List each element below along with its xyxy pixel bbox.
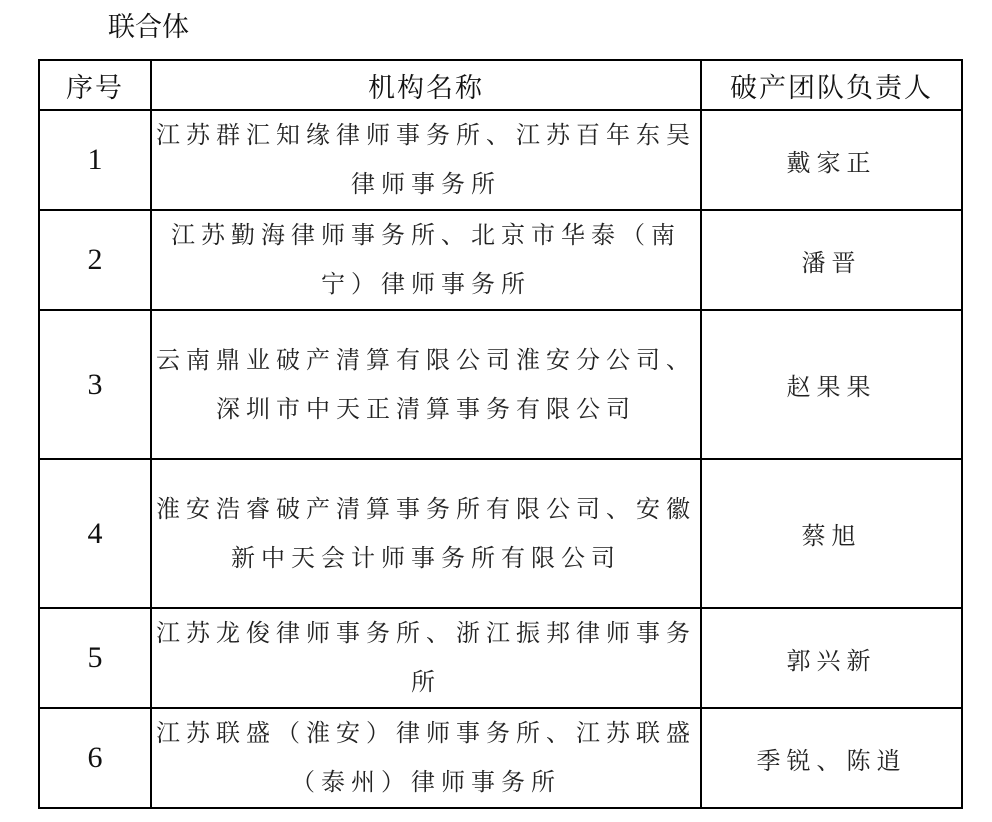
row-index: 5 <box>39 608 151 708</box>
row-team-leader: 蔡旭 <box>701 459 962 608</box>
row-organization: 江苏勤海律师事务所、北京市华泰（南宁）律师事务所 <box>151 210 701 310</box>
table-row: 4 淮安浩睿破产清算事务所有限公司、安徽新中天会计师事务所有限公司 蔡旭 <box>39 459 962 608</box>
table-row: 5 江苏龙俊律师事务所、浙江振邦律师事务所 郭兴新 <box>39 608 962 708</box>
table-row: 3 云南鼎业破产清算有限公司淮安分公司、深圳市中天正清算事务有限公司 赵果果 <box>39 310 962 459</box>
table-row: 6 江苏联盛（淮安）律师事务所、江苏联盛（泰州）律师事务所 季锐、陈逍 <box>39 708 962 808</box>
table-row: 2 江苏勤海律师事务所、北京市华泰（南宁）律师事务所 潘晋 <box>39 210 962 310</box>
row-team-leader: 郭兴新 <box>701 608 962 708</box>
row-organization: 淮安浩睿破产清算事务所有限公司、安徽新中天会计师事务所有限公司 <box>151 459 701 608</box>
header-index: 序号 <box>39 60 151 110</box>
row-index: 4 <box>39 459 151 608</box>
row-team-leader: 潘晋 <box>701 210 962 310</box>
row-index: 6 <box>39 708 151 808</box>
row-team-leader: 戴家正 <box>701 110 962 210</box>
header-team-leader: 破产团队负责人 <box>701 60 962 110</box>
row-organization: 江苏联盛（淮安）律师事务所、江苏联盛（泰州）律师事务所 <box>151 708 701 808</box>
table-row: 1 江苏群汇知缘律师事务所、江苏百年东吴律师事务所 戴家正 <box>39 110 962 210</box>
row-team-leader: 赵果果 <box>701 310 962 459</box>
row-index: 2 <box>39 210 151 310</box>
table-header-row: 序号 机构名称 破产团队负责人 <box>39 60 962 110</box>
section-title: 联合体 <box>108 8 189 48</box>
row-index: 1 <box>39 110 151 210</box>
row-organization: 江苏群汇知缘律师事务所、江苏百年东吴律师事务所 <box>151 110 701 210</box>
row-organization: 江苏龙俊律师事务所、浙江振邦律师事务所 <box>151 608 701 708</box>
header-organization: 机构名称 <box>151 60 701 110</box>
row-organization: 云南鼎业破产清算有限公司淮安分公司、深圳市中天正清算事务有限公司 <box>151 310 701 459</box>
row-index: 3 <box>39 310 151 459</box>
row-team-leader: 季锐、陈逍 <box>701 708 962 808</box>
consortium-table: 序号 机构名称 破产团队负责人 1 江苏群汇知缘律师事务所、江苏百年东吴律师事务… <box>38 59 963 809</box>
